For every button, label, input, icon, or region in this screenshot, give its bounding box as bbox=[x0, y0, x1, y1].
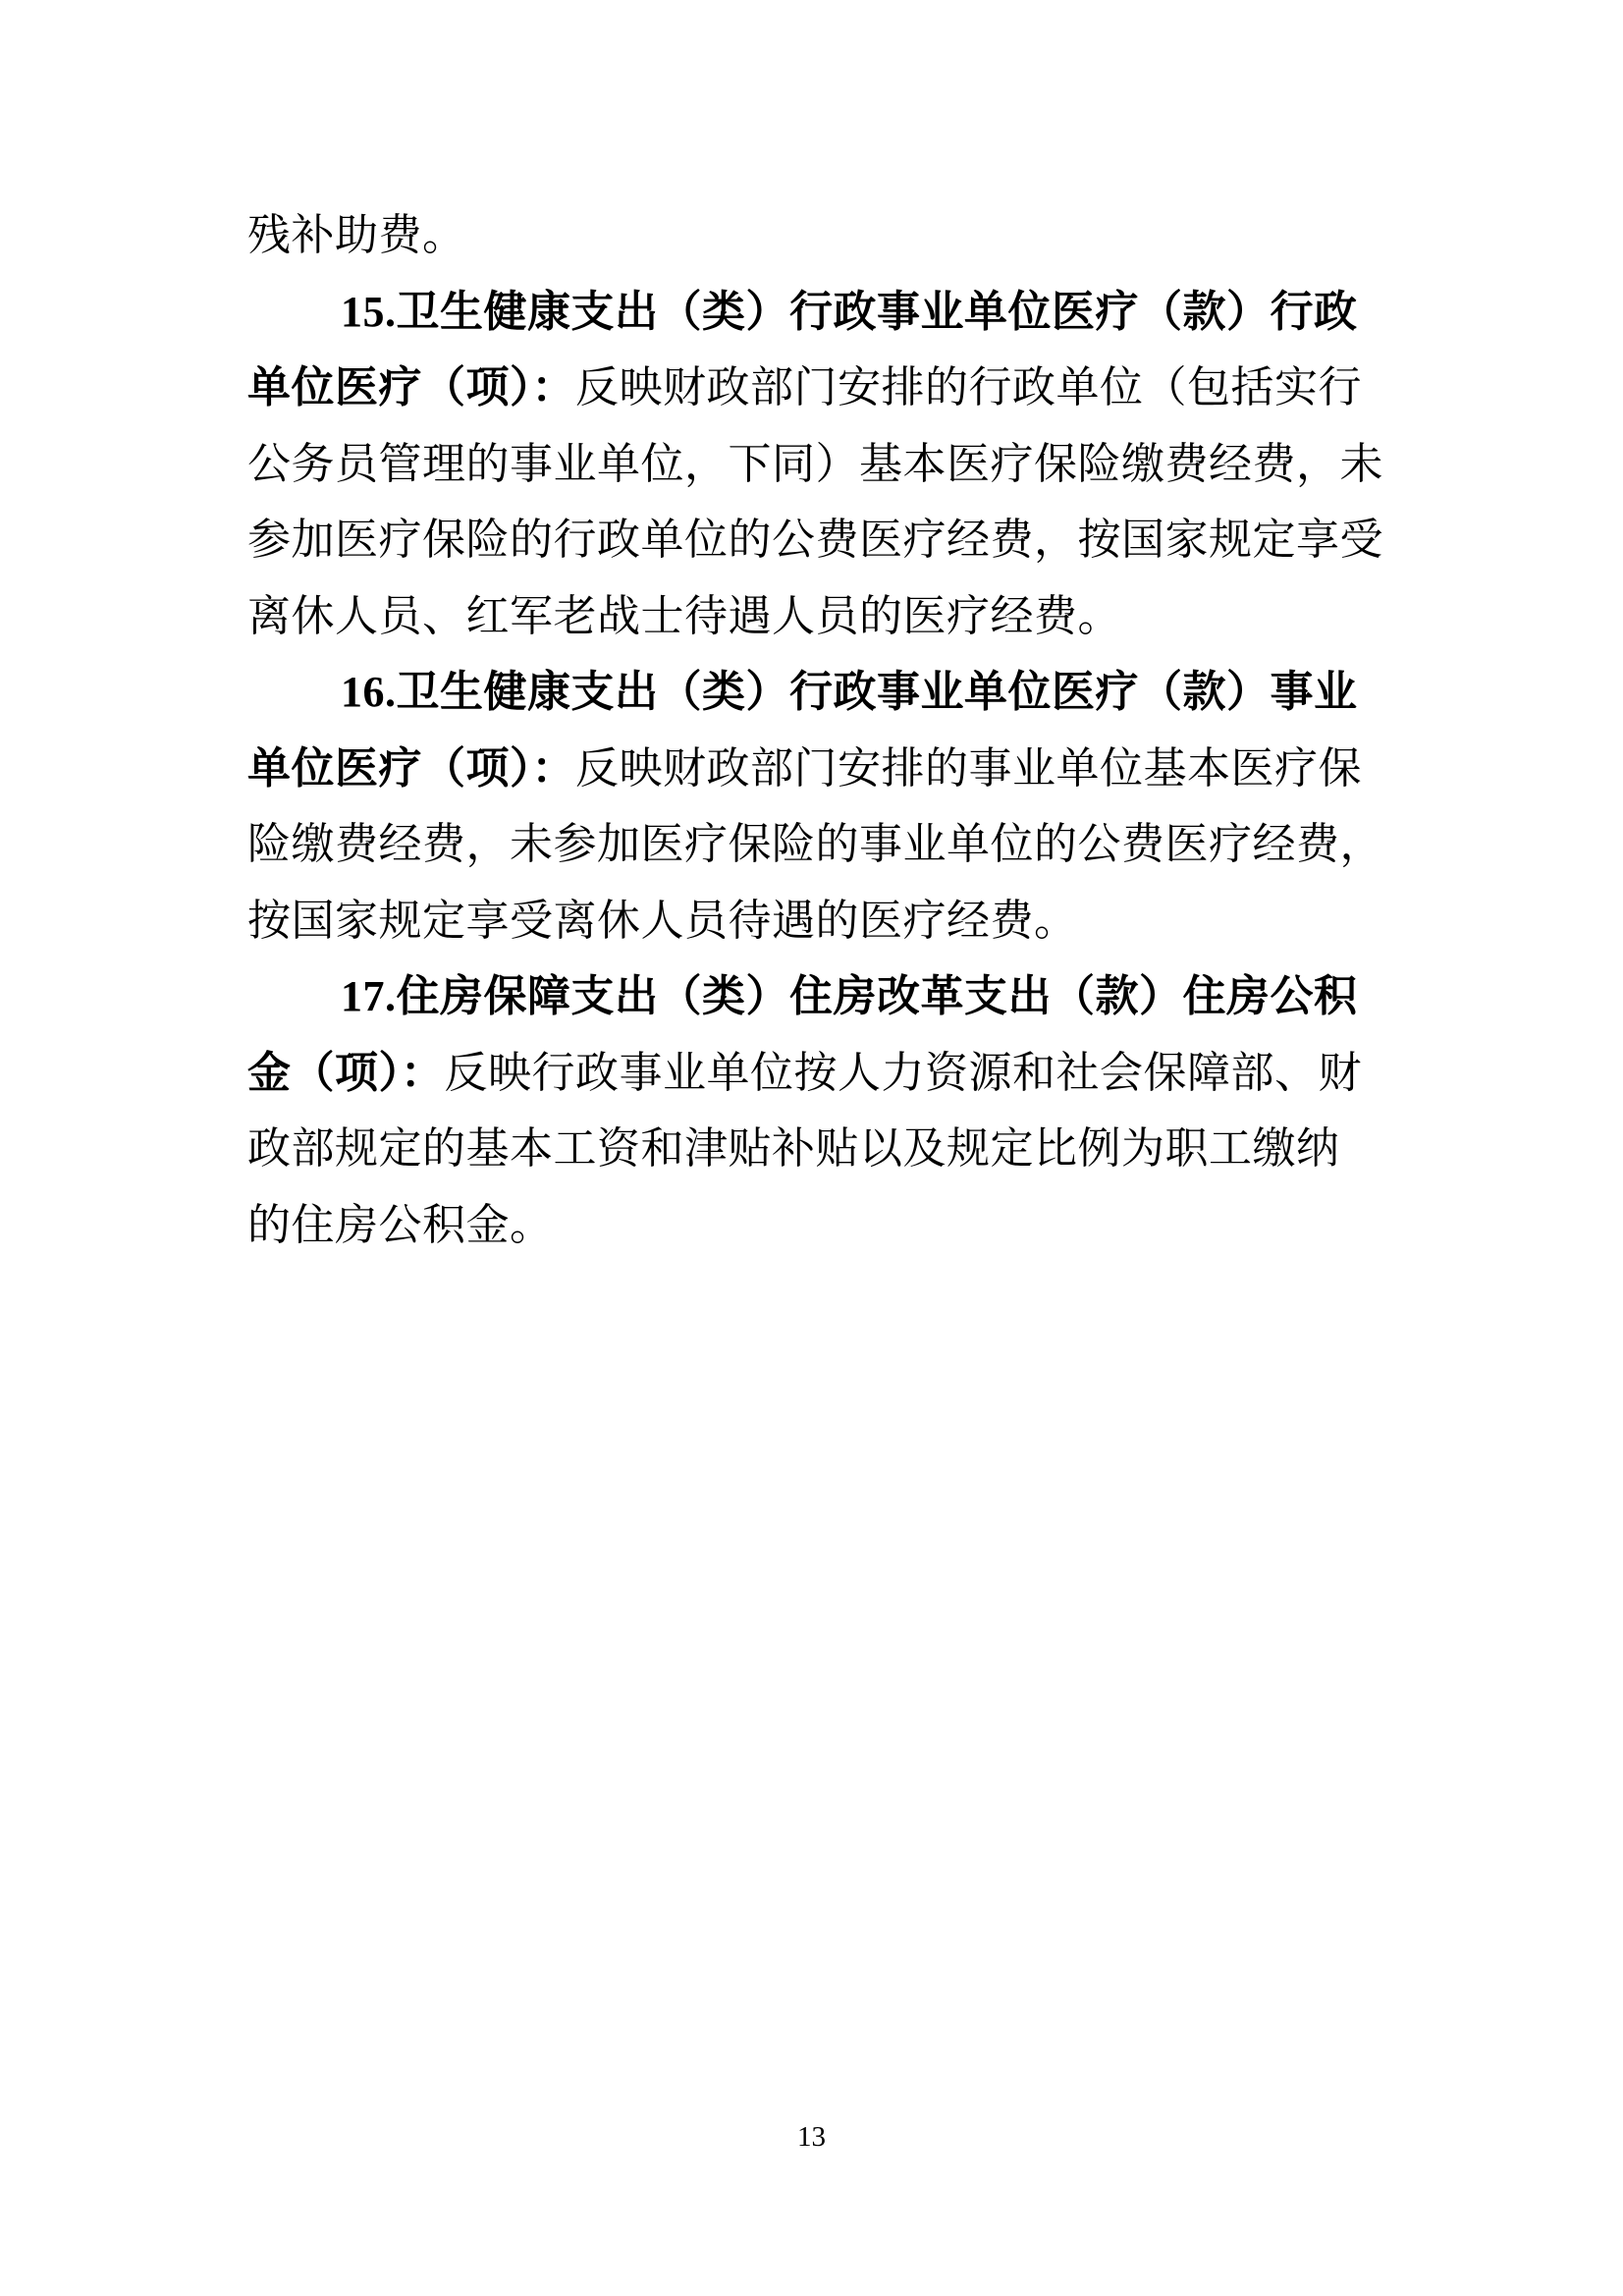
heading-segment: 16.卫生健康支出（类）行政事业单位医疗（款）事业 bbox=[341, 668, 1358, 716]
text-line-5: 参加医疗保险的行政单位的公费医疗经费，按国家规定享受 bbox=[247, 502, 1396, 578]
body-segment: 险缴费经费，未参加医疗保险的事业单位的公费医疗经费， bbox=[247, 820, 1383, 868]
body-segment: 反映财政部门安排的行政单位（包括实行 bbox=[575, 363, 1362, 411]
heading-segment: 17.住房保障支出（类）住房改革支出（款）住房公积 bbox=[341, 972, 1358, 1020]
text-line-8: 单位医疗（项）：反映财政部门安排的事业单位基本医疗保 bbox=[247, 731, 1396, 807]
heading-segment: 金（项）： bbox=[247, 1049, 445, 1097]
body-segment: 公务员管理的事业单位，下同）基本医疗保险缴费经费，未 bbox=[247, 440, 1383, 488]
document-body: 残补助费。 15.卫生健康支出（类）行政事业单位医疗（款）行政 单位医疗（项）：… bbox=[247, 197, 1396, 1263]
page-number: 13 bbox=[0, 2117, 1623, 2157]
document-page: 残补助费。 15.卫生健康支出（类）行政事业单位医疗（款）行政 单位医疗（项）：… bbox=[0, 0, 1623, 2296]
text-line-7-item-16-heading: 16.卫生健康支出（类）行政事业单位医疗（款）事业 bbox=[247, 654, 1396, 731]
text-line-1: 残补助费。 bbox=[247, 197, 1396, 274]
text-line-3: 单位医疗（项）：反映财政部门安排的行政单位（包括实行 bbox=[247, 350, 1396, 426]
body-segment: 参加医疗保险的行政单位的公费医疗经费，按国家规定享受 bbox=[247, 516, 1383, 564]
text-line-11-item-17-heading: 17.住房保障支出（类）住房改革支出（款）住房公积 bbox=[247, 958, 1396, 1035]
body-segment: 的住房公积金。 bbox=[247, 1201, 554, 1249]
text-line-13: 政部规定的基本工资和津贴补贴以及规定比例为职工缴纳 bbox=[247, 1111, 1396, 1187]
text-line-10: 按国家规定享受离休人员待遇的医疗经费。 bbox=[247, 883, 1396, 959]
body-segment: 反映行政事业单位按人力资源和社会保障部、财 bbox=[445, 1049, 1363, 1097]
body-segment: 政部规定的基本工资和津贴补贴以及规定比例为职工缴纳 bbox=[247, 1124, 1340, 1173]
body-segment: 离休人员、红军老战士待遇人员的医疗经费。 bbox=[247, 592, 1121, 640]
heading-segment: 15.卫生健康支出（类）行政事业单位医疗（款）行政 bbox=[341, 288, 1358, 336]
heading-segment: 单位医疗（项）： bbox=[247, 363, 575, 411]
text-line-12: 金（项）：反映行政事业单位按人力资源和社会保障部、财 bbox=[247, 1035, 1396, 1112]
text-line-9: 险缴费经费，未参加医疗保险的事业单位的公费医疗经费， bbox=[247, 806, 1396, 883]
text-line-4: 公务员管理的事业单位，下同）基本医疗保险缴费经费，未 bbox=[247, 426, 1396, 503]
body-segment: 残补助费。 bbox=[247, 211, 466, 259]
text-line-2-item-15-heading: 15.卫生健康支出（类）行政事业单位医疗（款）行政 bbox=[247, 274, 1396, 351]
body-segment: 按国家规定享受离休人员待遇的医疗经费。 bbox=[247, 897, 1078, 945]
text-line-6: 离休人员、红军老战士待遇人员的医疗经费。 bbox=[247, 578, 1396, 655]
text-line-14: 的住房公积金。 bbox=[247, 1187, 1396, 1264]
heading-segment: 单位医疗（项）： bbox=[247, 744, 575, 793]
body-segment: 反映财政部门安排的事业单位基本医疗保 bbox=[575, 744, 1362, 793]
